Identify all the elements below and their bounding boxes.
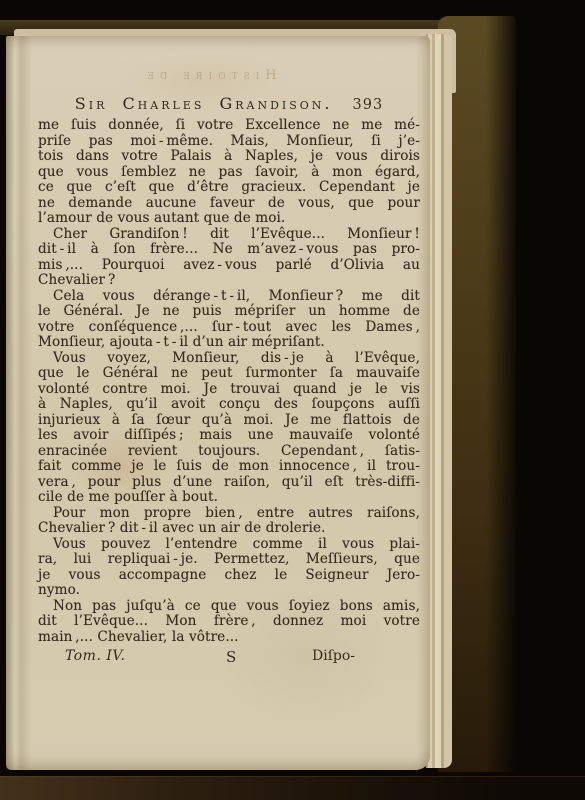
text-line: vera , pour plus d’une raiſon, qu’il eſt… xyxy=(38,475,420,491)
text-line: enracinée revient toujours. Cependant , … xyxy=(38,444,420,460)
text-line: que le Général ne peut ſurmonter ſa mauv… xyxy=(38,366,420,382)
text-line: Monſieur, ajouta - t - il d’un air mépri… xyxy=(38,335,420,351)
catchword: Diſpo- xyxy=(312,648,355,664)
showthrough-text: Histoire de xyxy=(84,68,334,83)
volume-label: Tom. IV. xyxy=(65,648,126,664)
text-line: Chevalier ? dit - il avec un air de drol… xyxy=(38,521,420,537)
text-line: je vous accompagne chez le Seigneur Jero… xyxy=(38,568,420,584)
text-line: volonté contre moi. Je trouvai quand je … xyxy=(38,382,420,398)
text-line: Cher Grandiſon ! dit l’Evêque... Monſieu… xyxy=(38,227,420,243)
text-line: cile de me pouſſer à bout. xyxy=(38,490,420,506)
table-surface xyxy=(0,776,585,800)
header-title: Sir Charles Grandison. xyxy=(75,94,333,113)
book-page: Histoire de Sir Charles Grandison. 393 m… xyxy=(6,36,430,770)
page-number: 393 xyxy=(353,97,384,113)
text-line: Cela vous dérange - t - il, Monſieur ? m… xyxy=(38,289,420,305)
text-line: le Général. Je ne puis mépriſer un homme… xyxy=(38,304,420,320)
text-line: main ,... Chevalier, la vôtre... xyxy=(38,630,420,646)
text-line: dit - il à ſon frère... Ne m’avez - vous… xyxy=(38,242,420,258)
text-line: ra, lui repliquai - je. Permettez, Meſſi… xyxy=(38,552,420,568)
page-footer: Tom. IV. S Diſpo- xyxy=(38,648,420,666)
text-line: fait comme je le ſuis de mon innocence ,… xyxy=(38,459,420,475)
text-line: Pour mon propre bien , entre autres raiſ… xyxy=(38,506,420,522)
text-line: ce que c’eſt que d’être gracieux. Cepend… xyxy=(38,180,420,196)
text-line: nymo. xyxy=(38,583,420,599)
text-line: tois dans votre Palais à Naples, je vous… xyxy=(38,149,420,165)
text-line: à Naples, qu’il avoit conçu des ſoupçons… xyxy=(38,397,420,413)
text-line: me ſuis donnée, ſi votre Excellence ne m… xyxy=(38,118,420,134)
text-line: injurieux à ſa ſœur qu’à moi. Je me flat… xyxy=(38,413,420,429)
text-line: mis ,... Pourquoi avez - vous parlé d’Ol… xyxy=(38,258,420,274)
text-line: votre conſéquence ,... ſur - tout avec l… xyxy=(38,320,420,336)
text-line: que vous ſemblez ne pas ſavoir, à mon ég… xyxy=(38,165,420,181)
text-line: Vous pouvez l’entendre comme il vous pla… xyxy=(38,537,420,553)
text-line: les avoir diſſipés ; mais une mauvaiſe v… xyxy=(38,428,420,444)
text-line: l’amour de vous autant que de moi. xyxy=(38,211,420,227)
text-line: priſe pas moi - même. Mais, Monſieur, ſi… xyxy=(38,134,420,150)
running-header: Sir Charles Grandison. 393 xyxy=(38,94,420,113)
signature-mark: S xyxy=(226,648,236,666)
text-block: me ſuis donnée, ſi votre Excellence ne m… xyxy=(38,118,420,645)
book-photo-scene: Histoire de Sir Charles Grandison. 393 m… xyxy=(0,0,585,800)
text-line: Non pas juſqu’à ce que vous ſoyiez bons … xyxy=(38,599,420,615)
text-line: Chevalier ? xyxy=(38,273,420,289)
text-line: ne demande aucune faveur de vous, que po… xyxy=(38,196,420,212)
text-line: dit l’Evêque... Mon frère , donnez moi v… xyxy=(38,614,420,630)
text-line: Vous voyez, Monſieur, dis - je à l’Evêqu… xyxy=(38,351,420,367)
